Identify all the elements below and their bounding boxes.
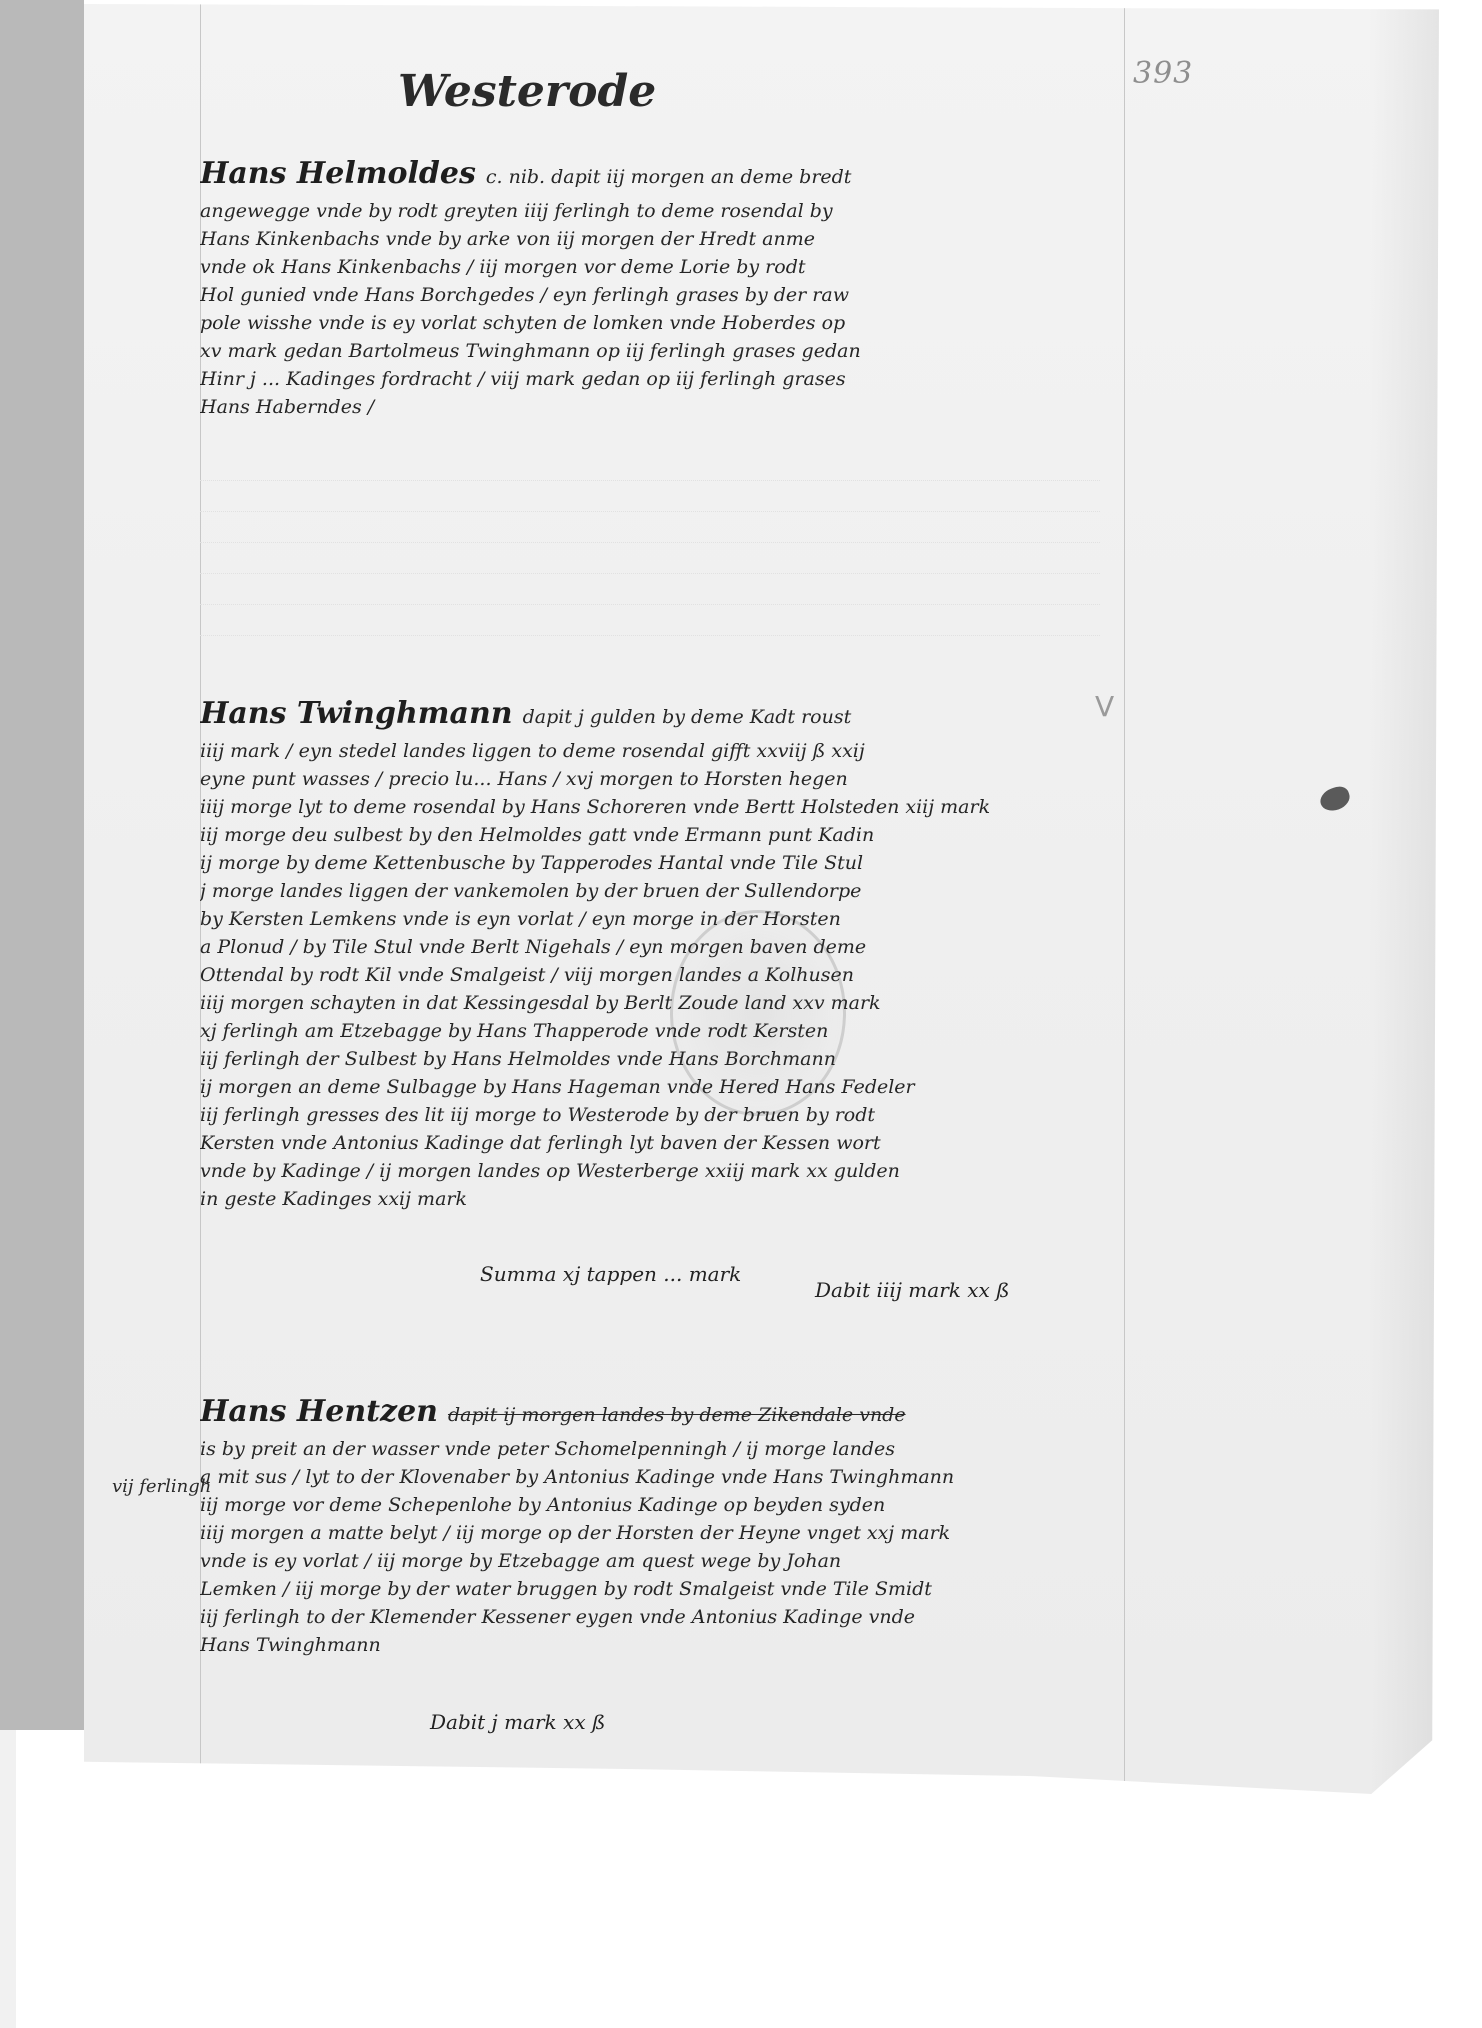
entry-name: Hans Twinghmann — [200, 700, 513, 731]
entry-line: Hinr j ... Kadinges fordracht / viij mar… — [200, 365, 1100, 393]
scan-background-strip — [0, 0, 84, 1730]
entry-line: xv mark gedan Bartolmeus Twinghmann op i… — [200, 337, 1100, 365]
entry-line: angewegge vnde by rodt greyten iiij ferl… — [200, 197, 1100, 225]
dabit-total: Dabit iiij mark xx ß — [815, 1278, 1010, 1302]
entry-line: pole wisshe vnde is ey vorlat schyten de… — [200, 309, 1100, 337]
entry-name: Hans Hentzen — [200, 1398, 438, 1429]
page-heading: Westerode — [398, 66, 656, 117]
entry-line: iiij morgen schayten in dat Kessingesdal… — [200, 989, 1100, 1017]
entry-line: ij morge by deme Kettenbusche by Tappero… — [200, 849, 1100, 877]
right-margin-rule — [1124, 4, 1125, 1794]
entry-line: xj ferlingh am Etzebagge by Hans Thapper… — [200, 1017, 1100, 1045]
entry-line: vnde ok Hans Kinkenbachs / iij morgen vo… — [200, 253, 1100, 281]
entry-line: Hans Haberndes / — [200, 393, 1100, 421]
entry-line: ij morgen an deme Sulbagge by Hans Hagem… — [200, 1073, 1100, 1101]
entry-line: iiij morgen a matte belyt / iij morge op… — [200, 1519, 1100, 1547]
entry-line: iij ferlingh gresses des lit iij morge t… — [200, 1101, 1100, 1129]
entry-line: a Plonud / by Tile Stul vnde Berlt Nigeh… — [200, 933, 1100, 961]
page-edge-shadow — [1369, 4, 1439, 1794]
entry-line: Hans Kinkenbachs vnde by arke von iij mo… — [200, 225, 1100, 253]
entry-hans-hentzen: Hans Hentzen dapit ij morgen landes by d… — [200, 1398, 1100, 1659]
entry-line: iij ferlingh der Sulbest by Hans Helmold… — [200, 1045, 1100, 1073]
entry-line: c. nib. dapit iij morgen an deme bredt — [486, 166, 852, 188]
scan-background-lower — [0, 1730, 16, 2028]
entry-line: Lemken / iij morge by der water bruggen … — [200, 1575, 1100, 1603]
entry-line: iiij morge lyt to deme rosendal by Hans … — [200, 793, 1100, 821]
entry-line: dapit j gulden by deme Kadt roust — [523, 706, 852, 728]
entry-line: eyne punt wasses / precio lu... Hans / x… — [200, 765, 1100, 793]
entry-line: iij morge vor deme Schepenlohe by Antoni… — [200, 1491, 1100, 1519]
entry-line: iij morge deu sulbest by den Helmoldes g… — [200, 821, 1100, 849]
entry-line: Hol gunied vnde Hans Borchgedes / eyn fe… — [200, 281, 1100, 309]
entry-line: iij ferlingh to der Klemender Kessener e… — [200, 1603, 1100, 1631]
bleed-through-text — [200, 450, 1100, 636]
margin-note: vij ferlingh — [112, 1476, 211, 1497]
entry-line-struck: dapit ij morgen landes by deme Zikendale… — [448, 1404, 906, 1426]
entry-hans-helmoldes: Hans Helmoldes c. nib. dapit iij morgen … — [200, 160, 1100, 421]
entry-line: vnde is ey vorlat / iij morge by Etzebag… — [200, 1547, 1100, 1575]
entry-line: iiij mark / eyn stedel landes liggen to … — [200, 737, 1100, 765]
summa-total: Summa xj tappen ... mark — [480, 1262, 741, 1286]
entry-line: j morge landes liggen der vankemolen by … — [200, 877, 1100, 905]
entry-name: Hans Helmoldes — [200, 160, 476, 191]
entry-line: Hans Twinghmann — [200, 1631, 1100, 1659]
dabit-total: Dabit j mark xx ß — [430, 1710, 605, 1734]
entry-line: is by preit an der wasser vnde peter Sch… — [200, 1435, 1100, 1463]
entry-line: vnde by Kadinge / ij morgen landes op We… — [200, 1157, 1100, 1185]
entry-line: Ottendal by rodt Kil vnde Smalgeist / vi… — [200, 961, 1100, 989]
entry-line: in geste Kadinges xxij mark — [200, 1185, 1100, 1213]
entry-line: Kersten vnde Antonius Kadinge dat ferlin… — [200, 1129, 1100, 1157]
entry-hans-twinghmann: Hans Twinghmann dapit j gulden by deme K… — [200, 700, 1100, 1213]
entry-line: a mit sus / lyt to der Klovenaber by Ant… — [200, 1463, 1100, 1491]
entry-line: by Kersten Lemkens vnde is eyn vorlat / … — [200, 905, 1100, 933]
folio-number: 393 — [1133, 56, 1193, 91]
